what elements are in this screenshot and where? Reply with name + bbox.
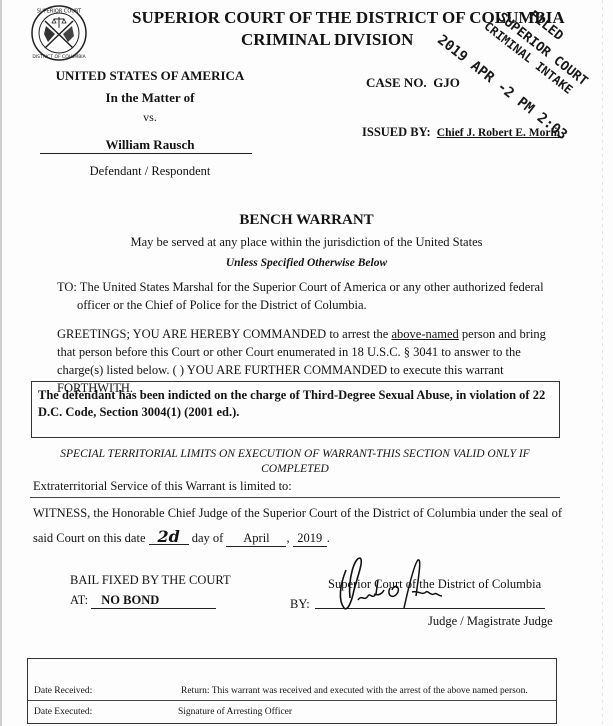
charge-text: The defendant has been indicted on the c…	[38, 388, 545, 419]
versus: vs.	[40, 110, 260, 125]
command-text-1: GREETINGS; YOU ARE HEREBY COMMANDED to a…	[57, 327, 391, 341]
case-no-label: CASE NO.	[366, 75, 427, 90]
service-scope: May be served at any place within the ju…	[0, 235, 613, 250]
defendant-underline	[40, 153, 252, 155]
date-prefix: said Court on this date	[33, 531, 146, 545]
bail-label: BAIL FIXED BY THE COURT	[70, 573, 231, 588]
section-divider	[30, 497, 560, 498]
page-edge-left	[0, 0, 2, 726]
judge-signature-icon	[318, 550, 478, 620]
command-text-underlined: above-named	[391, 327, 458, 341]
issuing-judge: Chief J. Robert E. Morin	[437, 127, 560, 139]
bail-amount: NO BOND	[91, 593, 216, 609]
return-of-service-box: Date Received: Return: This warrant was …	[27, 658, 557, 724]
date-executed-label: Date Executed:	[34, 707, 92, 717]
by-label: BY:	[290, 597, 310, 612]
warrant-page: SUPERIOR COURT DISTRICT OF COLUMBIA SUPE…	[0, 0, 613, 726]
officer-signature-label: Signature of Arresting Officer	[178, 707, 292, 717]
defendant-name: William Rausch	[40, 137, 260, 153]
svg-text:DISTRICT OF COLUMBIA: DISTRICT OF COLUMBIA	[32, 54, 86, 60]
date-day: 2d	[149, 530, 189, 545]
document-title: BENCH WARRANT	[0, 212, 613, 229]
addressee: TO: The United States Marshal for the Su…	[57, 278, 557, 314]
charge-box: The defendant has been indicted on the c…	[31, 381, 560, 438]
defendant-label: Defendant / Respondent	[40, 164, 260, 179]
day-of-label: day of	[192, 531, 224, 545]
filed-stamp: FILED SUPERIOR COURT CRIMINAL INTAKE 201…	[440, 2, 610, 122]
service-exception: Unless Specified Otherwise Below	[0, 257, 613, 269]
date-received-label: Date Received:	[34, 686, 92, 696]
bail-at-label: AT:	[70, 593, 88, 607]
witness-text: WITNESS, the Honorable Chief Judge of th…	[33, 506, 562, 521]
case-no-value: GJO	[433, 75, 460, 90]
issued-by: ISSUED BY: Chief J. Robert E. Morin	[362, 125, 560, 140]
addressee-line1: TO: The United States Marshal for the Su…	[57, 280, 544, 294]
division-name: CRIMINAL DIVISION	[241, 30, 413, 50]
return-divider	[28, 700, 556, 701]
issued-by-label: ISSUED BY:	[362, 125, 431, 139]
witness-date-line: said Court on this date 2d day of April,…	[33, 530, 330, 547]
case-number: CASE NO. GJO	[366, 75, 460, 91]
judge-role: Judge / Magistrate Judge	[428, 614, 553, 629]
date-year: 2019	[293, 531, 327, 547]
plaintiff: UNITED STATES OF AMERICA	[40, 68, 260, 84]
bail-amount-line: AT: NO BOND	[70, 593, 216, 609]
return-text: Return: This warrant was received and ex…	[181, 686, 528, 696]
extraterritorial-service: Extraterritorial Service of this Warrant…	[33, 479, 292, 494]
addressee-line2: officer or the Chief of Police for the D…	[57, 296, 557, 314]
svg-text:SUPERIOR COURT: SUPERIOR COURT	[37, 9, 82, 15]
court-seal-icon: SUPERIOR COURT DISTRICT OF COLUMBIA	[30, 4, 88, 62]
territorial-limits-heading: SPECIAL TERRITORIAL LIMITS ON EXECUTION …	[30, 447, 560, 477]
matter-of: In the Matter of	[40, 90, 260, 106]
date-month: April	[226, 531, 286, 547]
